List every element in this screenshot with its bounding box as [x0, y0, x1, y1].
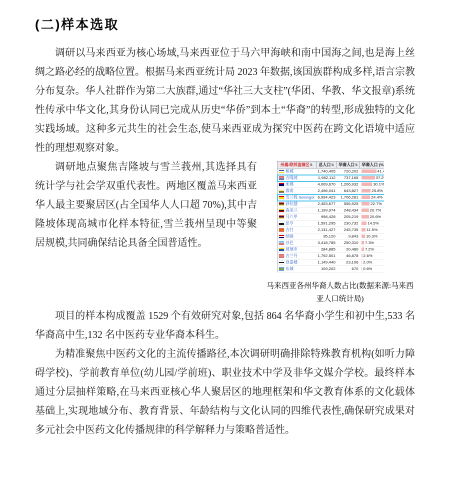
state-flag-icon: [279, 189, 284, 192]
sort-icon: ⇅: [331, 164, 334, 168]
state-link: 森美兰: [286, 208, 298, 213]
state-link: 吉打: [286, 228, 294, 233]
total-population-cell: 2,131,427: [316, 227, 337, 234]
percent-bar: [361, 170, 376, 174]
percent-bar: [361, 183, 372, 187]
state-flag-icon: [279, 183, 284, 186]
percent-value: 24.4%: [371, 195, 382, 200]
table-row: 霹雳2,496,041643,82725.8%: [277, 188, 384, 195]
percent-value: 2.0%: [363, 260, 372, 265]
percent-value: 2.6%: [363, 254, 372, 259]
percent-bar: [361, 235, 365, 239]
total-population-cell: 1,792,501: [316, 253, 337, 260]
percent-value: 30.1%: [373, 182, 384, 187]
population-table-body: 槟城1,740,405720,20241.4%吉隆坡1,982,112737,1…: [277, 168, 384, 272]
population-table: 州属/联邦直辖区⇅ 总人口⇅ 华裔人口⇅ 华裔人口 (%)⇅ 槟城1,740,4…: [277, 161, 384, 273]
percent-bar: [361, 248, 364, 252]
percent-cell: 22.7%: [360, 201, 384, 208]
percent-bar: [361, 215, 368, 219]
percent-bar: [361, 261, 362, 265]
percent-bar: [361, 196, 370, 200]
percent-bar: [361, 222, 366, 226]
percent-cell: 0.6%: [360, 266, 384, 273]
percent-bar: [361, 209, 368, 213]
table-row: 马六甲998,428205,21920.6%: [277, 214, 384, 221]
percent-value: 14.5%: [368, 221, 379, 226]
total-population-cell: 1,740,405: [316, 168, 337, 175]
table-row: 彭亨1,591,295230,73214.5%: [277, 220, 384, 227]
state-flag-icon: [279, 176, 284, 179]
percent-bar: [361, 176, 374, 180]
state-flag-icon: [279, 235, 284, 238]
state-flag-icon: [279, 209, 284, 212]
state-flag-icon: [279, 248, 284, 251]
sort-icon: ⇅: [355, 164, 358, 168]
percent-bar: [361, 228, 365, 232]
chinese-population-cell: 670: [337, 266, 360, 273]
percent-value: 7.2%: [365, 247, 374, 252]
percent-bar: [361, 189, 370, 193]
state-link: 吉兰丹: [286, 254, 298, 259]
percent-value: 10.3%: [366, 234, 377, 239]
state-link: 登嘉楼: [286, 260, 298, 265]
population-table-image: 州属/联邦直辖区⇅ 总人口⇅ 华裔人口⇅ 华裔人口 (%)⇅ 槟城1,740,4…: [277, 161, 384, 275]
state-flag-icon: [279, 261, 284, 264]
percent-cell: 25.8%: [360, 188, 384, 195]
total-population-cell: 3,418,785: [316, 240, 337, 247]
table-row: 柔佛4,009,6701,206,93230.1%: [277, 181, 384, 188]
total-population-cell: 2,453,677: [316, 201, 337, 208]
total-population-cell: 109,202: [316, 266, 337, 273]
state-link: 马六甲: [286, 215, 298, 220]
paragraph-sample-size: 项目的样本构成覆盖 1529 个有效研究对象,包括 864 名华裔小学生和初中生…: [35, 307, 415, 345]
state-flag-icon: [279, 215, 284, 218]
table-row: 沙巴3,418,785250,3107.3%: [277, 240, 384, 247]
percent-bar: [361, 267, 362, 271]
state-flag-icon: [279, 267, 284, 270]
state-flag-icon: [279, 202, 284, 205]
table-row: 纳闽95,1209,84310.3%: [277, 233, 384, 240]
table-row: 登嘉楼1,149,44023,1062.0%: [277, 259, 384, 266]
paragraph-methodology: 为精准聚焦中医药文化的主流传播路径,本次调研明确排除特殊教育机构(如听力障碍学校…: [35, 345, 415, 440]
percent-value: 25.8%: [372, 189, 383, 194]
table-row: 森美兰1,199,974248,43420.7%: [277, 207, 384, 214]
table-row: 砂拉越2,453,677556,92522.7%: [277, 201, 384, 208]
section-heading: (二)样本选取: [35, 14, 415, 33]
chinese-population-cell: 1,706,281: [337, 194, 360, 201]
percent-bar: [361, 254, 362, 258]
total-population-cell: 1,149,440: [316, 259, 337, 266]
state-link: 吉隆坡: [286, 176, 298, 181]
document-page: (二)样本选取 调研以马来西亚为核心场域,马来西亚位于马六甲海峡和南中国海之间,…: [0, 0, 451, 440]
state-link: 沙巴: [286, 241, 294, 246]
percent-cell: 37.2%: [360, 175, 384, 182]
total-population-cell: 1,199,974: [316, 207, 337, 214]
total-population-cell: 2,496,041: [316, 188, 337, 195]
figure-caption: 马来西亚各州华裔人数占比(数据来源:马来西亚人口统计局): [265, 279, 415, 305]
percent-cell: 24.4%: [360, 194, 384, 201]
chinese-population-cell: 1,206,932: [337, 181, 360, 188]
column-header-chinese: 华裔人口⇅: [337, 161, 360, 168]
state-link: 彭亨: [286, 221, 294, 226]
percent-bar: [361, 241, 364, 245]
percent-cell: 20.7%: [360, 207, 384, 214]
percent-cell: 41.4%: [360, 168, 384, 175]
percent-value: 41.4%: [377, 169, 384, 174]
total-population-cell: 6,994,423: [316, 194, 337, 201]
total-population-cell: 1,982,112: [316, 175, 337, 182]
column-header-percent: 华裔人口 (%)⇅: [360, 161, 384, 168]
paragraph-overview: 调研以马来西亚为核心场域,马来西亚位于马六甲海峡和南中国海之间,也是海上丝绸之路…: [35, 44, 415, 158]
percent-value: 7.3%: [365, 241, 374, 246]
percent-value: 22.7%: [371, 202, 382, 207]
percent-cell: 20.6%: [360, 214, 384, 221]
total-population-cell: 1,591,295: [316, 220, 337, 227]
table-row: 布城109,2026700.6%: [277, 266, 384, 273]
percent-cell: 30.1%: [360, 181, 384, 188]
percent-value: 0.6%: [363, 267, 372, 272]
table-row: 吉兰丹1,792,50146,8782.6%: [277, 253, 384, 260]
population-table-header: 州属/联邦直辖区⇅ 总人口⇅ 华裔人口⇅ 华裔人口 (%)⇅: [277, 161, 384, 168]
table-row: 雪兰莪 Selangor6,994,4231,706,28124.4%: [277, 194, 384, 201]
table-row: 吉隆坡1,982,112737,16537.2%: [277, 175, 384, 182]
table-row: 玻璃市284,88520,4807.2%: [277, 246, 384, 253]
table-row: 槟城1,740,405720,20241.4%: [277, 168, 384, 175]
state-link: 雪兰莪 Selangor: [286, 195, 315, 200]
percent-value: 20.7%: [370, 208, 381, 213]
state-link: 柔佛: [286, 182, 294, 187]
table-row: 吉打2,131,427245,73511.5%: [277, 227, 384, 234]
state-flag-icon: [279, 254, 284, 257]
state-flag-icon: [279, 196, 284, 199]
percent-value: 20.6%: [370, 215, 381, 220]
total-population-cell: 4,009,670: [316, 181, 337, 188]
state-link: 布城: [286, 267, 294, 272]
state-link: 霹雳: [286, 189, 294, 194]
state-link: 槟城: [286, 169, 294, 174]
population-table-figure[interactable]: 州属/联邦直辖区⇅ 总人口⇅ 华裔人口⇅ 华裔人口 (%)⇅ 槟城1,740,4…: [265, 161, 415, 305]
percent-value: 37.2%: [376, 176, 384, 181]
percent-bar: [361, 202, 369, 206]
column-header-total: 总人口⇅: [316, 161, 337, 168]
state-link: 砂拉越: [286, 202, 298, 207]
state-flag-icon: [279, 241, 284, 244]
column-header-state: 州属/联邦直辖区⇅: [277, 161, 316, 168]
state-link: 纳闽: [286, 234, 294, 239]
state-flag-icon: [279, 222, 284, 225]
state-flag-icon: [279, 228, 284, 231]
state-flag-icon: [279, 170, 284, 173]
sort-icon: ⇅: [310, 164, 313, 168]
percent-value: 11.5%: [366, 228, 377, 233]
state-link: 玻璃市: [286, 247, 298, 252]
